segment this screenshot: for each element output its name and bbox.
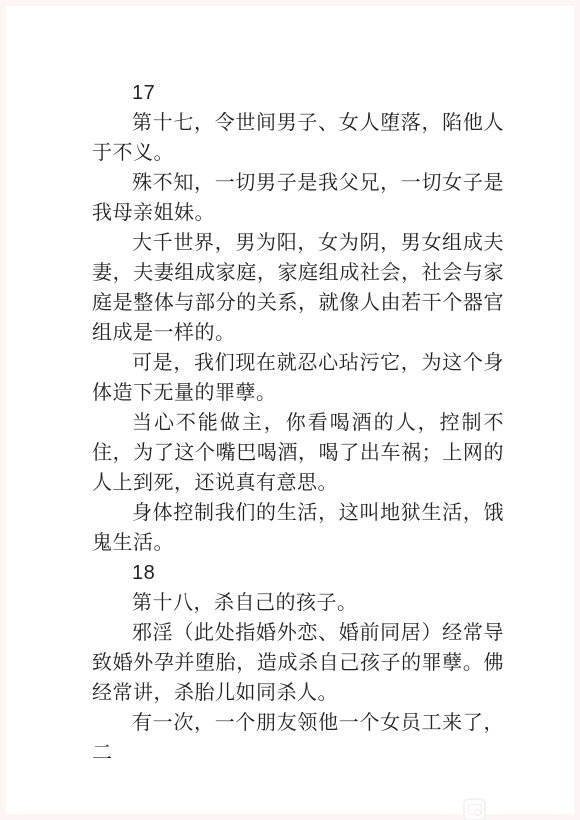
paragraph: 大千世界，男为阳，女为阴，男女组成夫妻，夫妻组成家庭，家庭组成社会，社会与家庭是… <box>92 228 504 348</box>
reader-page: 17第十七，令世间男子、女人堕落，陷他人于不义。殊不知，一切男子是我父兄，一切女… <box>6 6 574 814</box>
paragraph: 殊不知，一切男子是我父兄，一切女子是我母亲姐妹。 <box>92 168 504 228</box>
watermark-dot <box>474 809 481 816</box>
app-logo-watermark-icon <box>463 798 486 820</box>
paragraph: 当心不能做主，你看喝酒的人，控制不住，为了这个嘴巴喝酒，喝了出车祸；上网的人上到… <box>92 408 504 498</box>
paragraph: 身体控制我们的生活，这叫地狱生活，饿鬼生活。 <box>92 498 504 558</box>
page-text: 17第十七，令世间男子、女人堕落，陷他人于不义。殊不知，一切男子是我父兄，一切女… <box>92 78 504 768</box>
paragraph: 17 <box>92 78 504 108</box>
paragraph: 第十八，杀自己的孩子。 <box>92 588 504 618</box>
paragraph: 邪淫（此处指婚外恋、婚前同居）经常导致婚外孕并堕胎，造成杀自己孩子的罪孽。佛经常… <box>92 618 504 708</box>
paragraph: 第十七，令世间男子、女人堕落，陷他人于不义。 <box>92 108 504 168</box>
paragraph: 18 <box>92 558 504 588</box>
paragraph: 可是，我们现在就忍心玷污它，为这个身体造下无量的罪孽。 <box>92 348 504 408</box>
paragraph: 有一次，一个朋友领他一个女员工来了，二 <box>92 708 504 768</box>
